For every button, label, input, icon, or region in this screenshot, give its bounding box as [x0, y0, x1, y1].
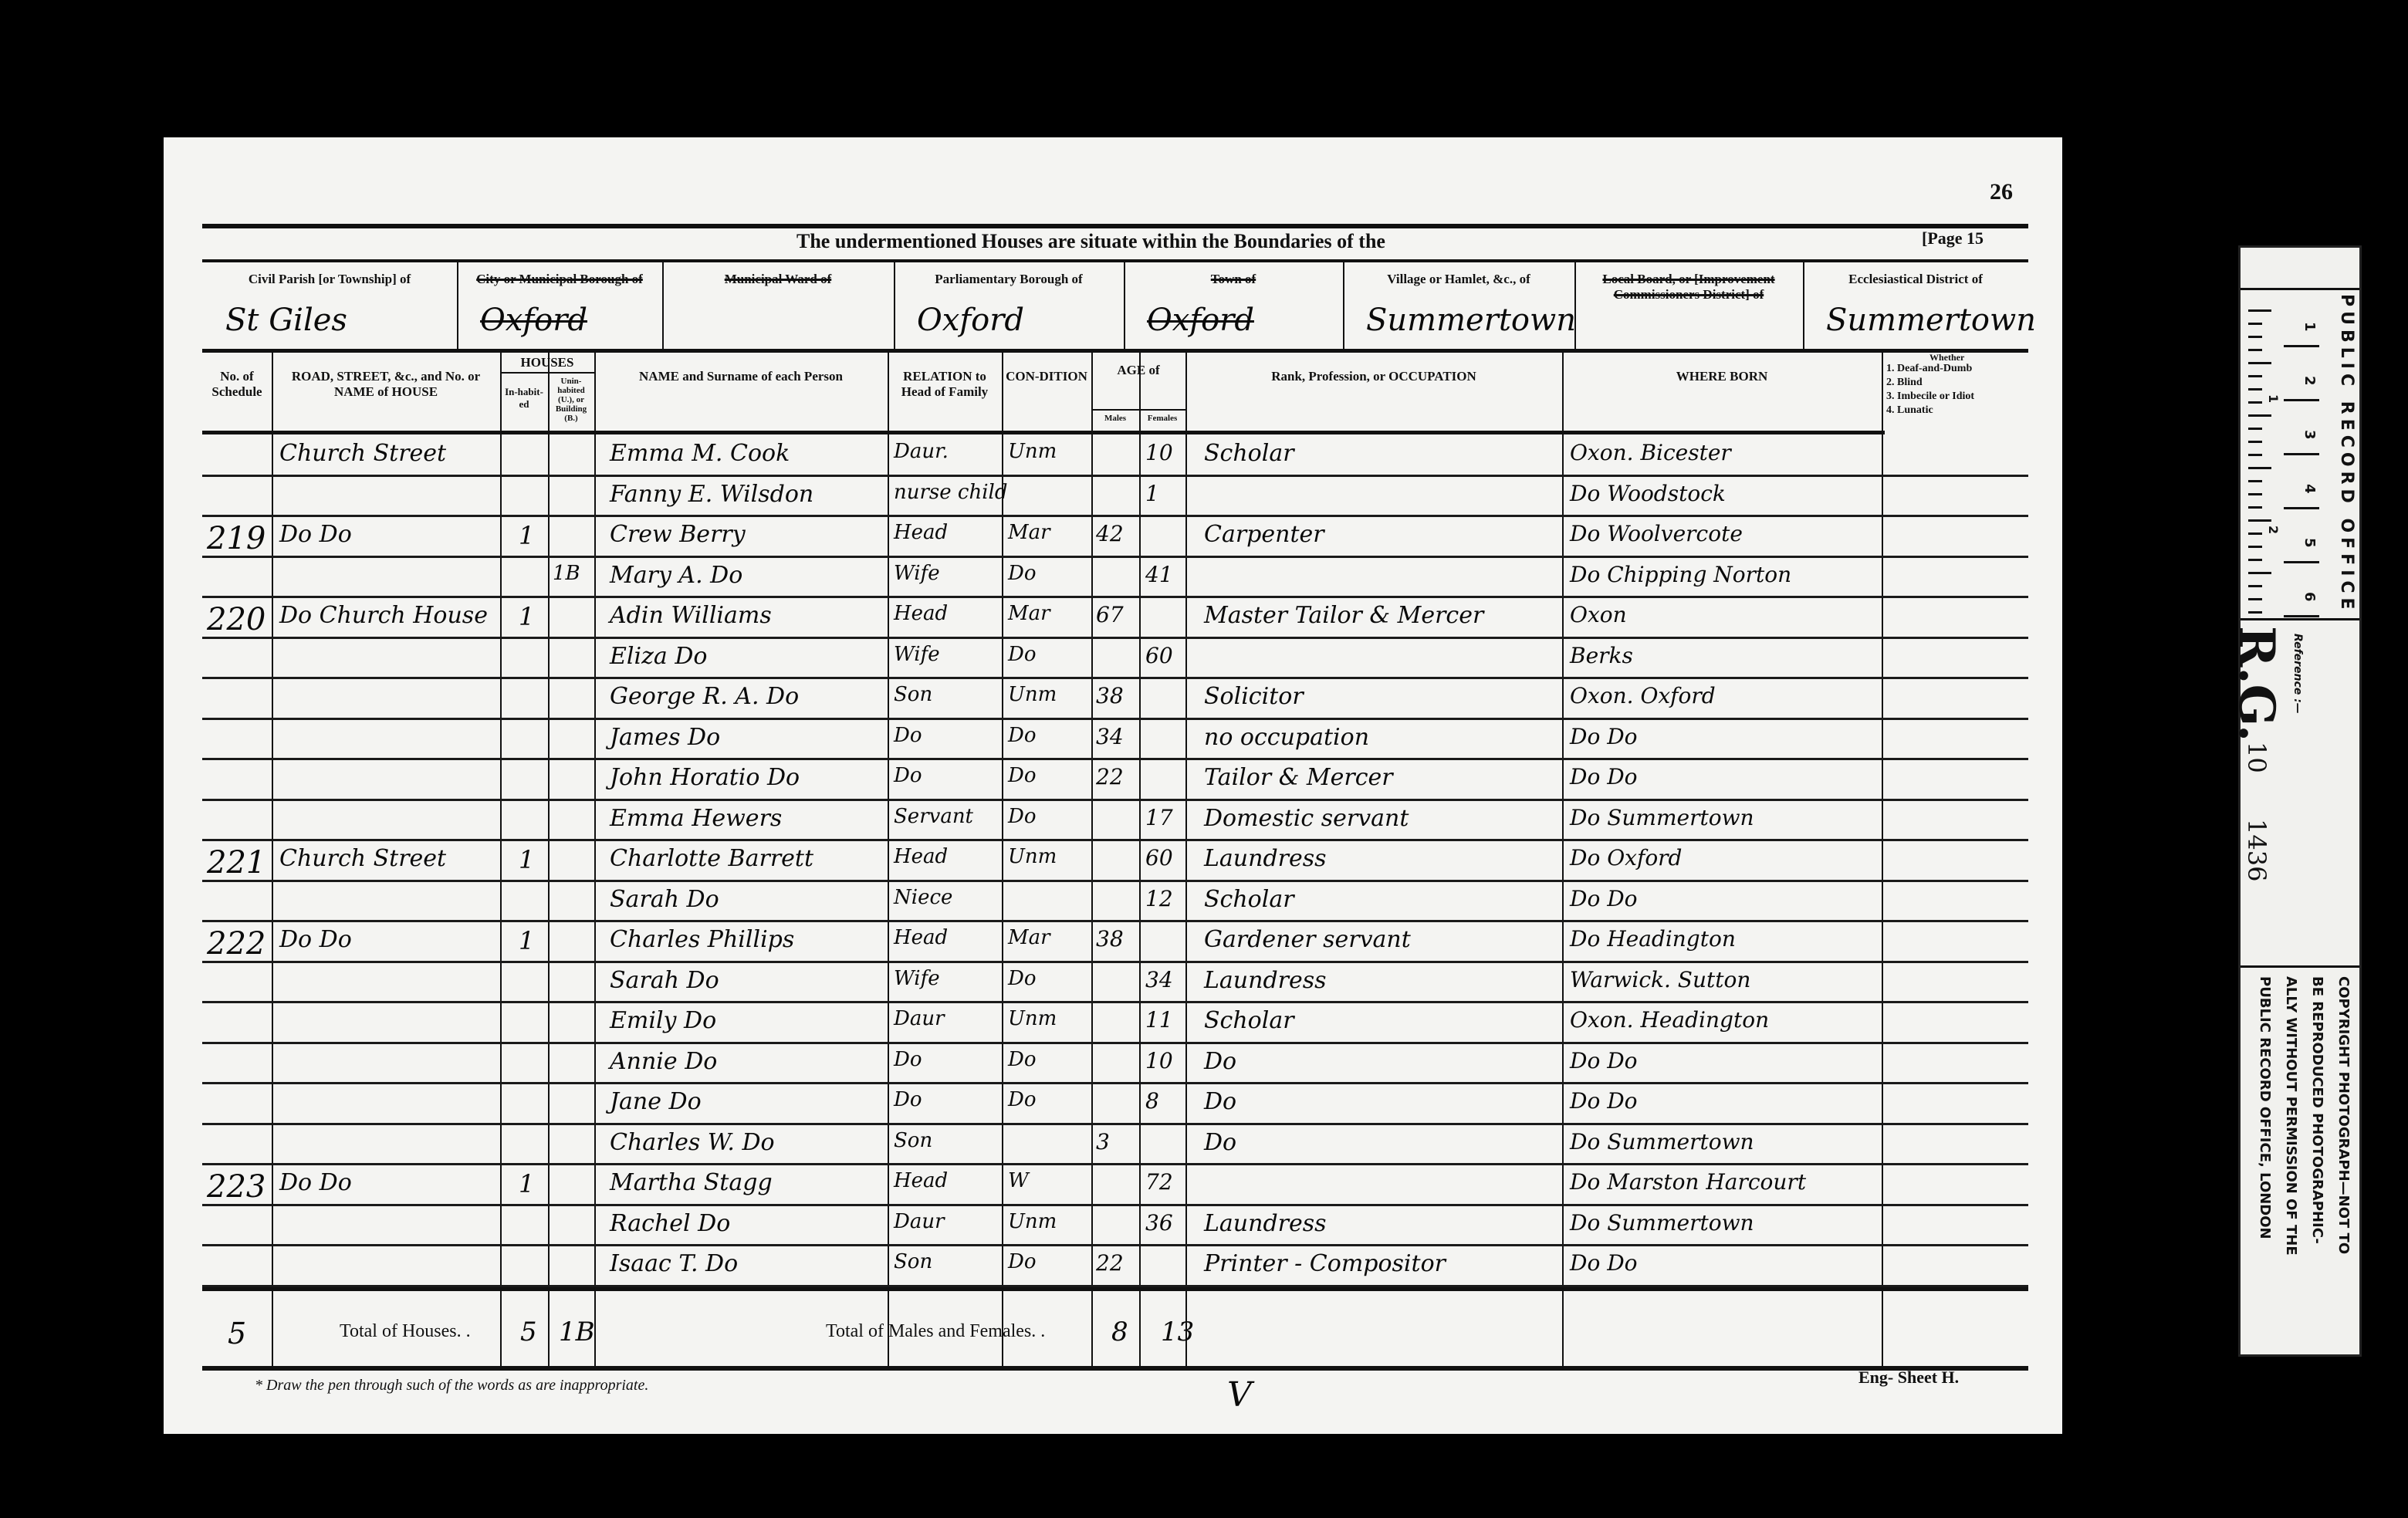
piece-number: 10 [2242, 742, 2271, 773]
schedule-number: 219 [207, 521, 265, 556]
birthplace: Do Do [1570, 764, 1638, 789]
ruler-cm-divider [2284, 615, 2319, 617]
marital-condition: Mar [1008, 602, 1050, 625]
inhabited-count: 1 [519, 926, 534, 955]
marital-condition: Mar [1008, 521, 1050, 544]
row-rule [202, 556, 2028, 558]
relation-to-head: Niece [894, 886, 952, 909]
inhabited-count: 1 [519, 602, 534, 631]
boundary-divider [662, 262, 664, 349]
occupation: Gardener servant [1204, 926, 1411, 953]
ruler-tick [2248, 480, 2262, 482]
birthplace: Oxon. Oxford [1570, 683, 1716, 708]
female-age: 34 [1145, 967, 1173, 992]
column-divider [1091, 349, 1093, 1368]
header-name: NAME and Surname of each Person [597, 369, 884, 384]
row-rule [202, 880, 2028, 882]
pro-stamp: 12345612 PUBLIC RECORD OFFICE Reference … [2238, 245, 2362, 1357]
occupation: Laundress [1204, 1210, 1327, 1237]
birthplace: Warwick. Sutton [1570, 967, 1750, 992]
marital-condition: Unm [1008, 1007, 1057, 1030]
female-age: 41 [1145, 562, 1173, 587]
infirmity-option: 2. Blind [1886, 377, 1923, 389]
row-rule [202, 961, 2028, 963]
person-name: Charles W. Do [610, 1129, 775, 1156]
boundary-label: Civil Parish [or Township] of [208, 272, 451, 287]
ruler-cm-divider [2284, 399, 2319, 401]
marital-condition: Do [1008, 562, 1037, 585]
copyright-line: ALLY WITHOUT PERMISSION OF THE [2283, 976, 2299, 1256]
male-age: 34 [1096, 724, 1124, 749]
boundary-label: Village or Hamlet, &c., of [1349, 272, 1568, 287]
boundary-value: Summertown [1826, 303, 2036, 338]
ruler-tick [2248, 546, 2262, 548]
page-label: [Page 15 [1922, 228, 1984, 248]
person-name: Emma Hewers [610, 805, 782, 832]
header-where_born: WHERE BORN [1565, 369, 1879, 384]
ruler-cm-divider [2284, 345, 2319, 347]
female-age: 60 [1145, 643, 1173, 668]
header-occupation: Rank, Profession, or OCCUPATION [1189, 369, 1559, 384]
female-age: 8 [1145, 1088, 1159, 1114]
person-name: Emma M. Cook [610, 440, 790, 467]
series-code: R.G. [2227, 626, 2285, 742]
ruler-tick [2248, 336, 2262, 338]
relation-to-head: Wife [894, 643, 940, 666]
occupation: Laundress [1204, 967, 1327, 994]
schedule-number: 222 [207, 926, 265, 962]
occupation: Scholar [1204, 1007, 1294, 1034]
schedule-number: 223 [207, 1169, 265, 1205]
ruler-tick [2248, 441, 2262, 443]
row-rule [202, 920, 2028, 922]
male-age: 22 [1096, 764, 1124, 789]
female-age: 36 [1145, 1210, 1173, 1236]
person-name: Sarah Do [610, 886, 719, 913]
boundary-divider [1803, 262, 1804, 349]
ruler-tick [2248, 598, 2262, 600]
person-name: Rachel Do [610, 1210, 730, 1237]
column-divider [1139, 349, 1141, 1368]
boundary-label: Local Board, or [Improvement Commissione… [1581, 272, 1797, 303]
row-rule [202, 1204, 2028, 1206]
row-rule [202, 637, 2028, 639]
ruler-cm-label: 4 [2301, 484, 2318, 494]
boundary-divider [894, 262, 895, 349]
birthplace: Do Summertown [1570, 1210, 1754, 1236]
birthplace: Do Woodstock [1570, 481, 1726, 506]
uninhabited-mark: 1B [553, 562, 580, 585]
column-divider [1882, 349, 1883, 1368]
birthplace: Do Do [1570, 886, 1638, 911]
person-name: Adin Williams [610, 602, 772, 629]
column-divider [1562, 349, 1564, 1368]
female-age: 72 [1145, 1169, 1173, 1195]
footnote: * Draw the pen through such of the words… [255, 1377, 648, 1395]
person-name: Isaac T. Do [610, 1250, 738, 1277]
birthplace: Do Headington [1570, 926, 1736, 952]
person-name: Martha Stagg [610, 1169, 773, 1196]
total-houses-label: Total of Houses. . [340, 1321, 471, 1342]
relation-to-head: Daur [894, 1007, 945, 1030]
person-name: John Horatio Do [610, 764, 800, 791]
person-name: Emily Do [610, 1007, 716, 1034]
male-age: 67 [1096, 602, 1124, 627]
ruler-tick [2248, 454, 2262, 456]
ruler-inch-label: 1 [2266, 394, 2281, 403]
occupation: Master Tailor & Mercer [1204, 602, 1483, 629]
ruler-cm-divider [2284, 453, 2319, 455]
relation-to-head: Head [894, 521, 948, 544]
person-name: Charlotte Barrett [610, 845, 813, 872]
row-rule [202, 1123, 2028, 1125]
relation-to-head: Wife [894, 562, 940, 585]
boundary-label: Town of [1130, 272, 1337, 287]
ruler-tick [2248, 532, 2262, 535]
boundary-label: Ecclesiastical District of [1809, 272, 2022, 287]
row-rule [202, 1244, 2028, 1246]
header-schedule: No. of Schedule [205, 369, 269, 400]
relation-to-head: Do [894, 1048, 922, 1071]
occupation: Do [1204, 1088, 1236, 1115]
inhabited-count: 1 [519, 521, 534, 550]
birthplace: Do Chipping Norton [1570, 562, 1791, 587]
road-address: Do Do [279, 521, 352, 548]
boundary-divider [457, 262, 458, 349]
ruler-tick [2248, 519, 2271, 522]
total-uninhabited: 1B [559, 1317, 595, 1347]
marital-condition: Unm [1008, 683, 1057, 706]
person-name: Fanny E. Wilsdon [610, 481, 813, 508]
female-age: 11 [1145, 1007, 1173, 1033]
header-age: AGE of [1091, 363, 1185, 378]
marital-condition: Do [1008, 1250, 1037, 1273]
column-divider [594, 349, 596, 1368]
ruler-cm-divider [2284, 507, 2319, 509]
marital-condition: Do [1008, 1088, 1037, 1111]
copyright-line: COPYRIGHT PHOTOGRAPH—NOT TO [2335, 976, 2352, 1254]
marital-condition: W [1008, 1169, 1029, 1192]
female-age: 60 [1145, 845, 1173, 871]
person-name: James Do [610, 724, 720, 751]
total-schedules: 5 [228, 1317, 246, 1351]
ruler-tick [2248, 323, 2262, 325]
occupation: no occupation [1204, 724, 1369, 751]
ruler-tick [2248, 611, 2262, 614]
header-infirmity-title: Whether [1929, 352, 1964, 363]
ruler-tick [2248, 375, 2262, 377]
occupation: Tailor & Mercer [1204, 764, 1393, 791]
ruler-tick [2248, 428, 2262, 430]
header-relation: RELATION to Head of Family [891, 369, 999, 400]
office-label: PUBLIC RECORD OFFICE [2337, 294, 2356, 614]
row-rule [202, 515, 2028, 517]
relation-to-head: Do [894, 1088, 922, 1111]
marital-condition: Unm [1008, 440, 1057, 463]
sheet-mark: Eng- Sheet H. [1858, 1368, 1959, 1388]
occupation: Solicitor [1204, 683, 1304, 710]
occupation: Carpenter [1204, 521, 1324, 548]
boundaries-heading: The undermentioned Houses are situate wi… [796, 230, 1385, 253]
boundary-value: Summertown [1366, 303, 1576, 338]
person-name: Sarah Do [610, 967, 719, 994]
reference-label: Reference :— [2291, 634, 2304, 714]
inhabited-count: 1 [519, 1169, 534, 1199]
ruler-tick [2248, 349, 2262, 351]
header-condition: CON-DITION [1005, 369, 1088, 384]
relation-to-head: Son [894, 1129, 932, 1152]
birthplace: Do Do [1570, 1088, 1638, 1114]
boundary-label: Municipal Ward of [668, 272, 888, 287]
marital-condition: Do [1008, 805, 1037, 828]
row-rule [202, 1001, 2028, 1003]
female-age: 12 [1145, 886, 1173, 911]
birthplace: Do Do [1570, 1250, 1638, 1276]
birthplace: Do Summertown [1570, 805, 1754, 830]
boundary-label: City or Municipal Borough of [463, 272, 656, 287]
infirmity-option: 3. Imbecile or Idiot [1886, 390, 1974, 403]
ruler-tick [2248, 506, 2262, 509]
relation-to-head: Head [894, 926, 948, 949]
birthplace: Do Marston Harcourt [1570, 1169, 1806, 1195]
male-age: 38 [1096, 683, 1124, 708]
row-rule [202, 1163, 2028, 1165]
houses-rule [500, 372, 594, 374]
female-age: 1 [1145, 481, 1159, 506]
birthplace: Oxon. Headington [1570, 1007, 1769, 1033]
column-divider [500, 349, 502, 1368]
column-divider [272, 349, 273, 1368]
relation-to-head: Daur. [894, 440, 949, 463]
road-address: Church Street [279, 440, 446, 467]
person-name: Crew Berry [610, 521, 746, 548]
birthplace: Do Do [1570, 1048, 1638, 1073]
relation-to-head: nurse child [894, 481, 1008, 504]
ruler-tick [2248, 585, 2262, 587]
birthplace: Do Oxford [1570, 845, 1682, 871]
row-rule [202, 1082, 2028, 1084]
column-divider [1185, 349, 1187, 1368]
ruler-cm-label: 3 [2301, 430, 2318, 440]
boundary-divider [1124, 262, 1125, 349]
relation-to-head: Head [894, 1169, 948, 1192]
ruler-cm-label: 5 [2301, 538, 2318, 548]
row-rule [202, 475, 2028, 477]
relation-to-head: Daur [894, 1210, 945, 1233]
ruler-tick [2248, 388, 2262, 390]
ruler-tick [2248, 572, 2271, 574]
copyright-line: PUBLIC RECORD OFFICE, LONDON [2257, 976, 2273, 1239]
header-houses: HOUSES [500, 355, 594, 370]
male-age: 38 [1096, 926, 1124, 952]
boundary-divider [1574, 262, 1576, 349]
occupation: Domestic servant [1204, 805, 1409, 832]
person-name: Jane Do [610, 1088, 702, 1115]
boundary-label: Parliamentary Borough of [900, 272, 1118, 287]
marital-condition: Do [1008, 1048, 1037, 1071]
ruler-tick [2248, 401, 2262, 404]
relation-to-head: Servant [894, 805, 973, 828]
marital-condition: Do [1008, 967, 1037, 990]
total-males: 8 [1111, 1317, 1128, 1347]
ruler-tick [2248, 559, 2262, 561]
relation-to-head: Son [894, 1250, 932, 1273]
birthplace: Do Do [1570, 724, 1638, 749]
ruler-tick [2248, 309, 2271, 312]
ruler-inch-label: 2 [2266, 526, 2281, 534]
person-name: Annie Do [610, 1048, 717, 1075]
ruler-cm-divider [2284, 561, 2319, 563]
total-females: 13 [1161, 1317, 1194, 1347]
male-age: 22 [1096, 1250, 1124, 1276]
relation-to-head: Do [894, 764, 922, 787]
male-age: 42 [1096, 521, 1124, 546]
marital-condition: Unm [1008, 1210, 1057, 1233]
folio-number: 26 [1990, 179, 2013, 205]
occupation: Scholar [1204, 886, 1294, 913]
ruler-tick [2248, 414, 2271, 417]
row-rule [202, 677, 2028, 679]
boundary-value: Oxford [480, 303, 587, 338]
marital-condition: Do [1008, 764, 1037, 787]
road-address: Do Do [279, 926, 352, 953]
column-divider [888, 349, 889, 1368]
infirmity-option: 4. Lunatic [1886, 404, 1933, 417]
person-name: Mary A. Do [610, 562, 742, 589]
row-rule [202, 1042, 2028, 1044]
row-rule [202, 758, 2028, 760]
row-rule [202, 718, 2028, 720]
relation-to-head: Do [894, 724, 922, 747]
schedule-number: 220 [207, 602, 265, 637]
infirmity-option: 1. Deaf-and-Dumb [1886, 363, 1972, 375]
total-inhabited: 5 [520, 1317, 537, 1347]
marital-condition: Do [1008, 643, 1037, 666]
header-road: ROAD, STREET, &c., and No. or NAME of HO… [275, 369, 497, 400]
marital-condition: Do [1008, 724, 1037, 747]
row-rule [202, 596, 2028, 598]
row-rule [202, 799, 2028, 801]
header-inhabited: In-habit-ed [502, 386, 546, 411]
inhabited-count: 1 [519, 845, 534, 874]
road-address: Church Street [279, 845, 446, 872]
birthplace: Berks [1570, 643, 1633, 668]
male-age: 3 [1096, 1129, 1110, 1155]
copyright-line: BE REPRODUCED PHOTOGRAPHIC- [2309, 976, 2325, 1244]
header-females: Females [1141, 414, 1184, 423]
ruler-cm-label: 6 [2301, 592, 2318, 602]
marital-condition: Mar [1008, 926, 1050, 949]
ruler-cm-label: 1 [2301, 322, 2318, 332]
person-name: George R. A. Do [610, 683, 799, 710]
female-age: 10 [1145, 440, 1173, 465]
female-age: 10 [1145, 1048, 1173, 1073]
ruler-tick [2248, 493, 2262, 495]
folio-reference: 1436 [2242, 819, 2271, 881]
road-address: Do Church House [279, 602, 488, 629]
occupation: Laundress [1204, 845, 1327, 872]
age-rule [1091, 409, 1185, 411]
relation-to-head: Head [894, 602, 948, 625]
marital-condition: Unm [1008, 845, 1057, 868]
female-age: 17 [1145, 805, 1173, 830]
boundary-value: St Giles [225, 303, 347, 338]
occupation: Printer - Compositor [1204, 1250, 1446, 1277]
birthplace: Oxon [1570, 602, 1627, 627]
birthplace: Do Woolvercote [1570, 521, 1743, 546]
header-males: Males [1093, 414, 1138, 423]
occupation: Do [1204, 1129, 1236, 1156]
row-rule [202, 839, 2028, 841]
total-persons-label: Total of Males and Females. . [826, 1321, 1045, 1342]
schedule-number: 221 [207, 845, 265, 881]
birthplace: Do Summertown [1570, 1129, 1754, 1155]
column-divider [548, 349, 550, 1368]
header-uninhabited: Unin-habited (U.), or Building (B.) [550, 377, 593, 423]
ruler-cm-label: 2 [2301, 376, 2318, 386]
relation-to-head: Wife [894, 967, 940, 990]
relation-to-head: Son [894, 683, 932, 706]
road-address: Do Do [279, 1169, 352, 1196]
tick-mark: V [1227, 1375, 1252, 1415]
person-name: Charles Phillips [610, 926, 794, 953]
boundary-divider [1343, 262, 1344, 349]
boundary-value: Oxford [917, 303, 1024, 338]
occupation: Do [1204, 1048, 1236, 1075]
boundary-value: Oxford [1147, 303, 1254, 338]
birthplace: Oxon. Bicester [1570, 440, 1731, 465]
occupation: Scholar [1204, 440, 1294, 467]
relation-to-head: Head [894, 845, 948, 868]
person-name: Eliza Do [610, 643, 707, 670]
ruler-tick [2248, 467, 2271, 469]
ruler-tick [2248, 362, 2271, 364]
